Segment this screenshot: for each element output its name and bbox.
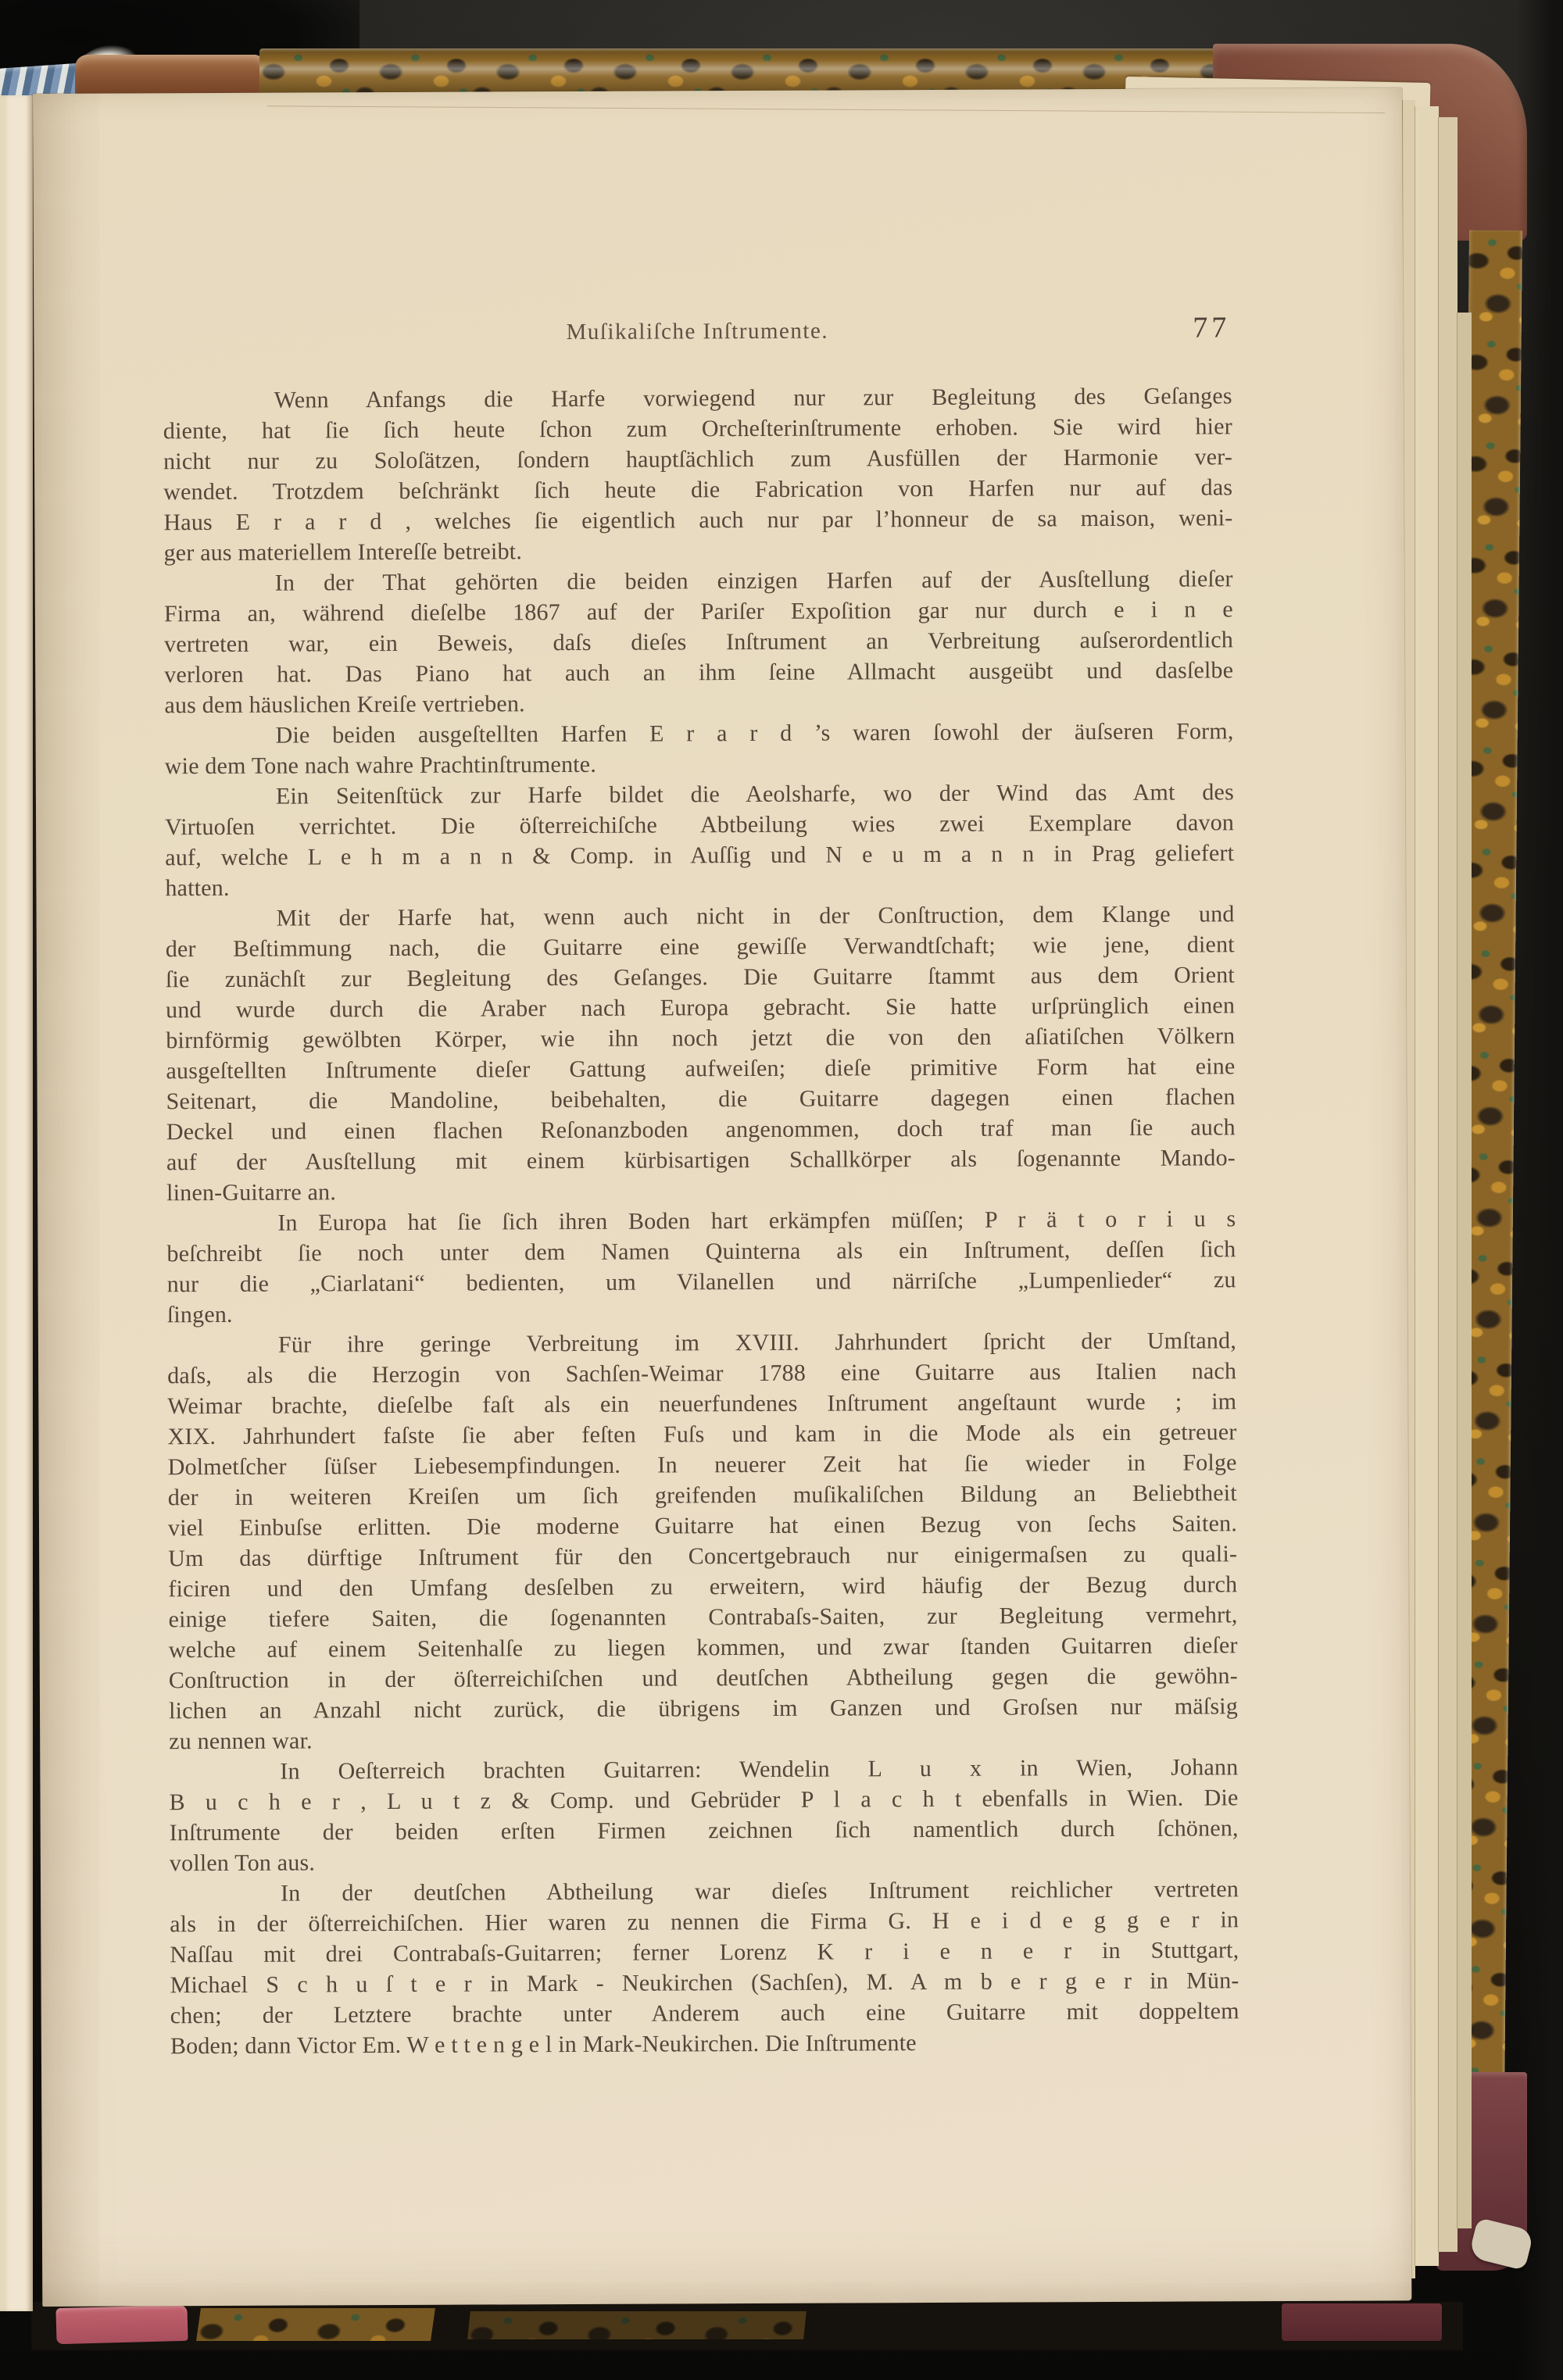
text-line: Um das dürftige Inſtrument für den Conce…: [168, 1538, 1237, 1574]
maroon-leather-fragment: [1282, 2303, 1442, 2341]
text-line: XIX. Jahrhundert faſste ſie aber feſten …: [167, 1417, 1236, 1452]
text-line: Virtuoſen verrichtet. Die öſterreichiſch…: [165, 807, 1234, 842]
running-title: Muſikaliſche Inſtrumente.: [163, 316, 1232, 347]
text-line: lichen an Anzahl nicht zurück, die übrig…: [169, 1691, 1238, 1726]
text-line: viel Einbuſse erlitten. Die moderne Guit…: [168, 1508, 1237, 1543]
pink-leather-scrap: [55, 2305, 188, 2344]
text-line: Inſtrumente der beiden erſten Firmen zei…: [170, 1813, 1239, 1848]
text-line: In der That gehörten die beiden einzigen…: [164, 563, 1233, 599]
text-line: Dolmetſcher ſüſser Liebesempfindungen. I…: [168, 1447, 1237, 1482]
text-line: In Oeſterreich brachten Guitarren: Wende…: [169, 1752, 1238, 1787]
page-stack-edge: [1438, 117, 1457, 2252]
text-line: Firma an, während dieſelbe 1867 auf der …: [164, 594, 1233, 629]
text-line: Wenn Anfangs die Harfe vorwiegend nur zu…: [163, 381, 1232, 416]
text-line: Weimar brachte, dieſelbe faſt als ein ne…: [167, 1386, 1236, 1421]
text-line: beſchreibt ſie noch unter dem Namen Quin…: [166, 1234, 1236, 1269]
text-line: aus dem häuslichen Kreiſe vertrieben.: [164, 685, 1233, 720]
text-line: birnförmig gewölbten Körper, wie ihn noc…: [166, 1020, 1235, 1056]
text-line: einige tiefere Saiten, die ſogenannten C…: [168, 1599, 1237, 1635]
text-line: auf, welche L e h m a n n & Comp. in Auſ…: [165, 838, 1234, 873]
page-header: Muſikaliſche Inſtrumente. 77: [163, 316, 1232, 360]
text-line: hatten.: [165, 868, 1234, 903]
marbled-bottom-fragment: [467, 2311, 807, 2339]
left-page-fore-edge: [0, 95, 33, 2311]
text-line: Conſtruction in der öſterreichiſchen und…: [169, 1660, 1238, 1696]
text-line: auf der Ausſtellung mit einem kürbisarti…: [166, 1142, 1236, 1177]
text-line: Michael S c h u ſ t e r in Mark - Neukir…: [170, 1965, 1239, 2000]
text-line: ficiren und den Umfang desſelben zu erwe…: [168, 1569, 1237, 1604]
text-line: B u c h e r , L u t z & Comp. und Gebrüd…: [169, 1782, 1238, 1817]
text-line: und wurde durch die Araber nach Europa g…: [166, 990, 1235, 1025]
under-leaf-edge-line: [267, 105, 1385, 113]
text-line: als in der öſterreichiſchen. Hier waren …: [170, 1904, 1239, 1939]
text-line: der Beſtimmung nach, die Guitarre eine g…: [166, 929, 1235, 964]
text-line: linen-Guitarre an.: [166, 1173, 1236, 1208]
text-line: Naſſau mit drei Contrabaſs-Guitarren; fe…: [170, 1935, 1239, 1970]
text-line: ſie zunächſt zur Begleitung des Geſanges…: [166, 960, 1235, 995]
text-line: diente, hat ſie ſich heute ſchon zum Orc…: [163, 411, 1232, 446]
text-line: wie dem Tone nach wahre Prachtinſtrument…: [165, 746, 1234, 781]
text-line: Seitenart, die Mandoline, beibehalten, d…: [166, 1081, 1236, 1117]
text-line: Mit der Harfe hat, wenn auch nicht in de…: [166, 899, 1235, 934]
text-column: Muſikaliſche Inſtrumente. 77 Wenn Anfang…: [163, 316, 1239, 2061]
text-line: wendet. Trotzdem beſchränkt ſich heute d…: [163, 472, 1232, 507]
text-line: ger aus materiellem Intereſſe betreibt.: [163, 533, 1232, 568]
text-line: verloren hat. Das Piano hat auch an ihm …: [164, 655, 1233, 690]
page-number: 77: [1193, 310, 1230, 345]
text-line: Haus E r a r d , welches ſie eigentlich …: [163, 502, 1232, 538]
body-text: Wenn Anfangs die Harfe vorwiegend nur zu…: [163, 381, 1239, 2061]
text-line: In der deutſchen Abtheilung war dieſes I…: [170, 1874, 1239, 1909]
text-line: Die beiden ausgeſtellten Harfen E r a r …: [165, 716, 1234, 751]
page-stack-edge: [1457, 313, 1472, 2228]
text-line: welche auf einem Seitenhalſe zu liegen k…: [169, 1630, 1238, 1665]
text-line: ſingen.: [167, 1295, 1236, 1330]
text-line: chen; der Letztere brachte unter Anderem…: [170, 1996, 1239, 2031]
page-stack-edge: [1415, 106, 1439, 2266]
text-line: nicht nur zu Soloſätzen, ſondern hauptſä…: [163, 441, 1232, 477]
text-line: vollen Ton aus.: [170, 1843, 1239, 1878]
text-line: zu nennen war.: [169, 1721, 1238, 1756]
text-line: Deckel und einen flachen Reſonanzboden a…: [166, 1112, 1236, 1147]
photo-backdrop: Muſikaliſche Inſtrumente. 77 Wenn Anfang…: [0, 0, 1563, 2380]
bottom-board-edge: [31, 2302, 1463, 2350]
text-line: In Europa hat ſie ſich ihren Boden hart …: [166, 1203, 1236, 1238]
text-line: der in weiteren Kreiſen um ſich greifend…: [168, 1478, 1237, 1513]
text-line: Boden; dann Victor Em. W e t t e n g e l…: [170, 2026, 1239, 2061]
text-line: ausgeſtellten Inſtrumente dieſer Gattung…: [166, 1051, 1235, 1086]
text-line: Ein Seitenſtück zur Harfe bildet die Aeo…: [165, 777, 1234, 812]
text-line: nur die „Ciarlatani“ bedienten, um Vilan…: [167, 1264, 1236, 1299]
backdrop-shadow-right: [1516, 0, 1563, 2380]
text-line: Für ihre geringe Verbreitung im XVIII. J…: [167, 1325, 1236, 1360]
text-line: vertreten war, ein Beweis, daſs dieſes I…: [164, 624, 1233, 659]
marbled-bottom-fragment: [196, 2308, 435, 2341]
book-page: Muſikaliſche Inſtrumente. 77 Wenn Anfang…: [33, 88, 1411, 2307]
text-line: daſs, als die Herzogin von Sachſen-Weima…: [167, 1356, 1236, 1391]
